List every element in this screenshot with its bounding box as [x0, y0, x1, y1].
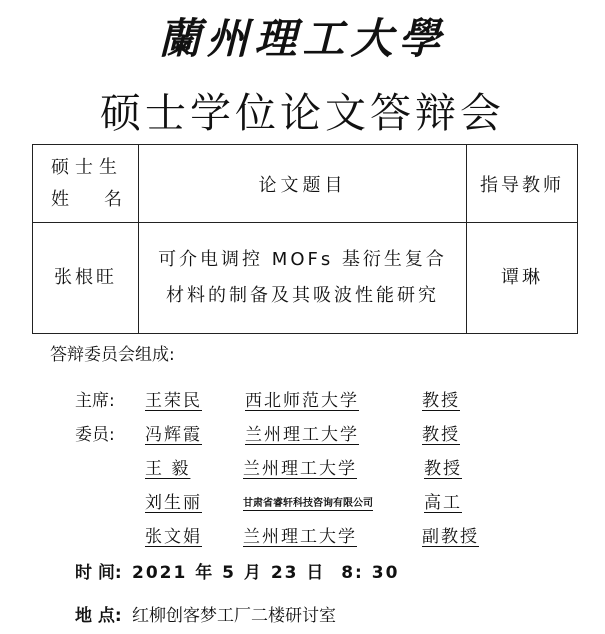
header-topic: 论文题目: [139, 145, 467, 223]
member-affiliation: 兰州理工大学: [245, 420, 359, 445]
member-title: 教授: [424, 454, 462, 479]
member-name: 张文娟: [145, 522, 202, 547]
member-name: 王 毅: [145, 454, 200, 479]
time-value: 2021 年 5 月 23 日 8: 30: [132, 558, 399, 583]
advisor-name: 谭琳: [467, 223, 578, 334]
member-title: 教授: [422, 420, 460, 445]
time-label: 时 间:: [75, 558, 122, 583]
member-affiliation: 西北师范大学: [245, 386, 359, 411]
member-affiliation: 兰州理工大学: [243, 522, 388, 547]
location-label: 地 点:: [75, 601, 122, 626]
role-chair: 主席:: [75, 386, 115, 411]
member-title: 副教授: [422, 522, 479, 547]
member-affiliation: 甘肃省睿轩科技咨询有限公司: [243, 494, 373, 509]
university-logo-text: 蘭州理工大學: [0, 6, 605, 66]
table-row: 张根旺 可介电调控 MOFs 基衍生复合材料的制备及其吸波性能研究 谭琳: [33, 223, 578, 334]
member-name: 王荣民: [145, 386, 202, 411]
thesis-topic: 可介电调控 MOFs 基衍生复合材料的制备及其吸波性能研究: [139, 223, 467, 334]
student-name: 张根旺: [33, 223, 139, 334]
table-header-row: 硕士生 姓 名 论文题目 指导教师: [33, 145, 578, 223]
member-affiliation: 兰州理工大学: [243, 454, 388, 479]
member-name: 冯辉霞: [145, 420, 202, 445]
header-student-name: 硕士生 姓 名: [33, 145, 139, 223]
member-title: 教授: [422, 386, 460, 411]
member-title: 高工: [424, 488, 462, 513]
page-title: 硕士学位论文答辩会: [0, 80, 605, 139]
committee-heading: 答辩委员会组成:: [50, 340, 175, 365]
header-advisor: 指导教师: [467, 145, 578, 223]
thesis-table: 硕士生 姓 名 论文题目 指导教师 张根旺 可介电调控 MOFs 基衍生复合材料…: [32, 144, 578, 334]
member-name: 刘生丽: [145, 488, 202, 513]
location-value: 红柳创客梦工厂二楼研讨室: [132, 601, 336, 626]
role-member: 委员:: [75, 420, 115, 445]
